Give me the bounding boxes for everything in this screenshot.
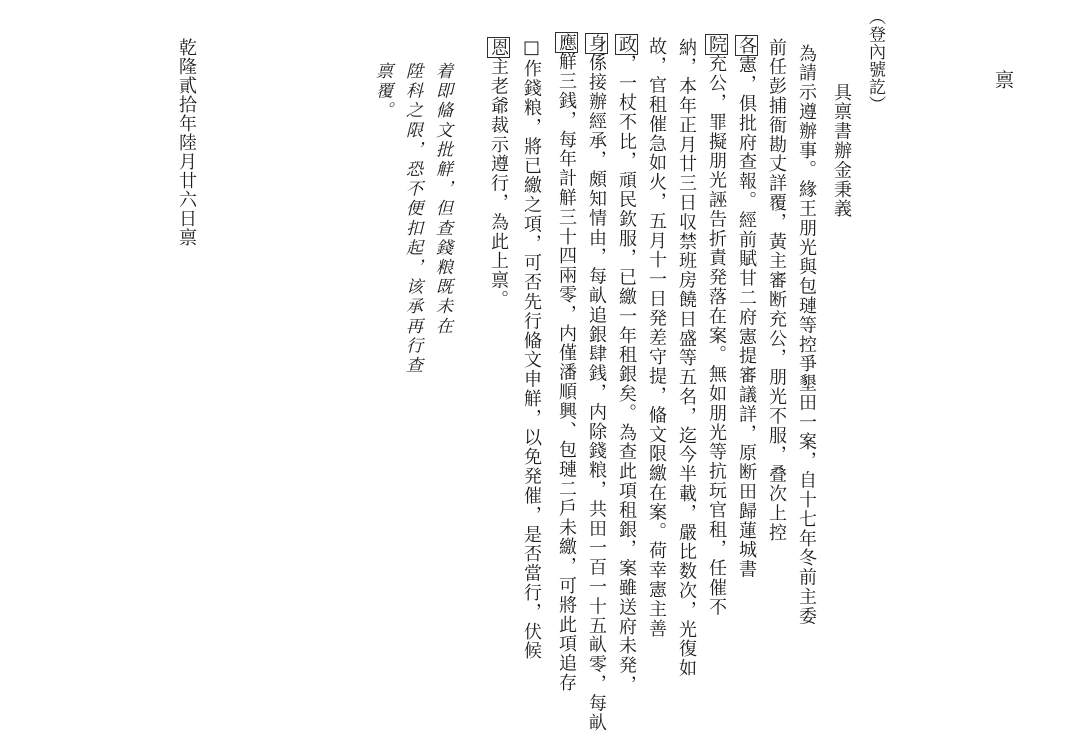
petition-document-page: 禀 （登內號訖） 具禀書辦金秉義 為請示遵辦事。緣王朋光與包璉等控爭墾田一案，自…	[0, 0, 1080, 752]
body-text: 前任彭捕衙勘丈詳覆，黃主審断充公，朋光不服，叠次上控	[766, 38, 787, 542]
body-text: 主老爺裁示遵行，為此上禀。	[488, 57, 509, 309]
body-text: ，一杖不比，頑民欽服，已繳一年租銀矣。為查此項租銀，案雖送府未発，	[616, 54, 637, 694]
body-column-1: 為請示遵辦事。緣王朋光與包璉等控爭墾田一案，自十七年冬前主委	[791, 44, 821, 626]
body-text: 為請示遵辦事。緣王朋光與包璉等控爭墾田一案，自十七年冬前主委	[796, 44, 817, 626]
honorific-box: 身	[586, 34, 607, 53]
body-column-3: 各憲，俱批府查報。經前賦甘二府憲提審議詳，原断田歸蓮城書	[731, 36, 761, 579]
body-column-5: 納，本年正月廿三日収禁班房饒日盛等五名，迄今半載，嚴比数次，光復如	[671, 38, 701, 678]
honorific-box: 恩	[488, 38, 509, 57]
body-text: 納，本年正月廿三日収禁班房饒日盛等五名，迄今半載，嚴比数次，光復如	[676, 38, 697, 678]
body-column-9: 應觧三銭，每年計觧三十四兩零，内僅潘順興、包璉二戶未繳，可將此項追存	[551, 33, 581, 693]
date-line: 乾隆貳拾年陸月廿六日禀	[171, 38, 201, 247]
body-column-8: 身係接辦經承，頗知情由，每畒追銀肆銭，内除錢粮，共田一百一十五畒零，每畒	[581, 34, 611, 732]
rescript-column-1: 着即偹文批觧，但查錢粮既未在	[427, 62, 457, 336]
body-column-11: 恩主老爺裁示遵行，為此上禀。	[483, 38, 513, 310]
honorific-box: 各	[736, 36, 757, 55]
body-column-10: □作錢粮，將已繳之項，可否先行偹文申觧，以免発催，是否當行，伏候	[516, 37, 546, 661]
filer-signature-line: 具禀書辦金秉義	[826, 83, 856, 219]
rescript-column-2: 陞科之限，恐不便扣起，该承再行查	[397, 62, 427, 376]
honorific-box: 應	[556, 33, 577, 52]
body-text: 故，官租催急如火，五月十一日発差守提，偹文限繳在案。荷幸憲主善	[646, 37, 667, 638]
registration-note: （登內號訖）	[860, 8, 890, 113]
body-column-6: 故，官租催急如火，五月十一日発差守提，偹文限繳在案。荷幸憲主善	[641, 37, 671, 638]
body-column-4: 院充公，罪擬朋光誣告折責発落在案。無如朋光等抗玩官租，任催不	[701, 35, 731, 617]
body-text: 憲，俱批府查報。經前賦甘二府憲提審議詳，原断田歸蓮城書	[736, 55, 757, 579]
body-text: 充公，罪擬朋光誣告折責発落在案。無如朋光等抗玩官租，任催不	[706, 54, 727, 617]
honorific-box: 政	[616, 35, 637, 54]
rescript-column-3: 禀覆。	[367, 62, 397, 121]
body-text: 觧三銭，每年計觧三十四兩零，内僅潘順興、包璉二戶未繳，可將此項追存	[556, 52, 577, 692]
body-text: 係接辦經承，頗知情由，每畒追銀肆銭，内除錢粮，共田一百一十五畒零，每畒	[586, 53, 607, 732]
honorific-box: 院	[706, 35, 727, 54]
doc-type-label: 禀	[988, 70, 1018, 89]
body-column-2: 前任彭捕衙勘丈詳覆，黃主審断充公，朋光不服，叠次上控	[761, 38, 791, 542]
body-column-7: 政，一杖不比，頑民欽服，已繳一年租銀矣。為查此項租銀，案雖送府未発，	[611, 35, 641, 695]
body-text: □作錢粮，將已繳之項，可否先行偹文申觧，以免発催，是否當行，伏候	[521, 37, 542, 661]
